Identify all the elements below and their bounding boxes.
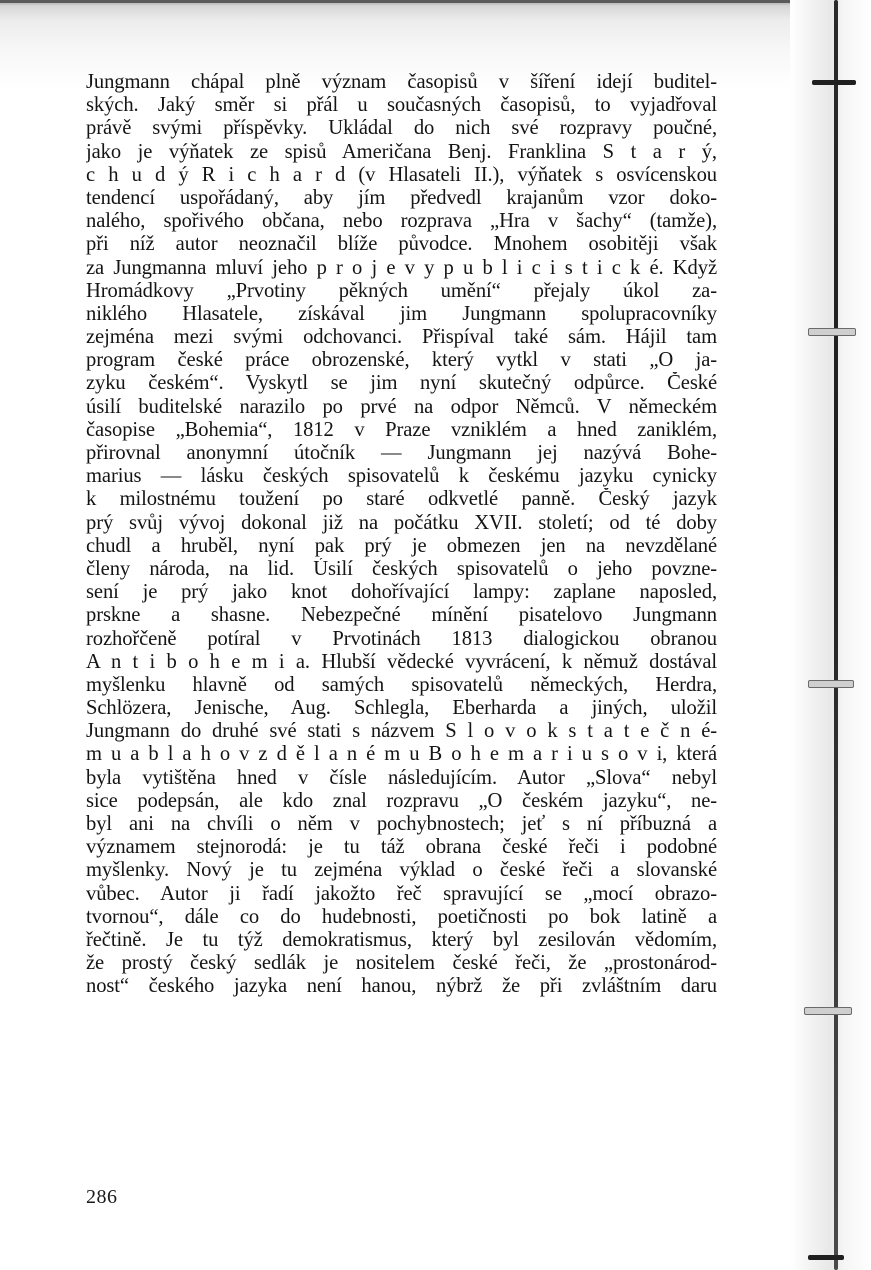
text-line: byl ani na chvíli o něm v pochybnostech;…	[86, 813, 717, 836]
text-line: prskne a shasne. Nebezpečné mínění pisat…	[86, 604, 717, 627]
text-line: rozhořčeně potíral v Prvotinách 1813 dia…	[86, 628, 717, 651]
scanned-book-page: Jungmann chápal plně význam časopisů v š…	[0, 0, 871, 1270]
text-line: nalého, spořivého občana, nebo rozprava …	[86, 210, 717, 233]
text-line: m u a b l a h o v z d ě l a n é m u B o …	[86, 743, 717, 766]
page-top-edge	[0, 0, 871, 3]
text-line: c h u d ý R i c h a r d (v Hlasateli II.…	[86, 164, 717, 187]
text-line: Jungmann do druhé své stati s názvem S l…	[86, 720, 717, 743]
text-line: významem stejnorodá: je tu táž obrana če…	[86, 836, 717, 859]
text-line: přirovnal anonymní útočník — Jungmann je…	[86, 442, 717, 465]
text-line: myšlenky. Nový je tu zejména výklad o če…	[86, 859, 717, 882]
text-line: sení je prý jako knot dohořívající lampy…	[86, 581, 717, 604]
text-line: členy národa, na lid. Úsilí českých spis…	[86, 558, 717, 581]
binding-stitch	[808, 1255, 844, 1260]
text-line: tendencí uspořádaný, aby jím předvedl kr…	[86, 187, 717, 210]
page-number: 286	[86, 1186, 118, 1209]
binding-stitch	[808, 680, 854, 688]
binding-thread	[834, 0, 838, 1270]
text-line: právě svými příspěvky. Ukládal do nich s…	[86, 117, 717, 140]
text-line: ských. Jaký směr si přál u současných ča…	[86, 94, 717, 117]
binding-gutter	[790, 0, 871, 1270]
binding-stitch	[804, 1007, 852, 1015]
text-line: že prostý český sedlák je nositelem česk…	[86, 952, 717, 975]
text-line: řečtině. Je tu týž demokratismus, který …	[86, 929, 717, 952]
binding-stitch	[808, 328, 856, 336]
text-line: niklého Hlasatele, získával jim Jungmann…	[86, 303, 717, 326]
text-line: za Jungmanna mluví jeho p r o j e v y p …	[86, 257, 717, 280]
text-line: prý svůj vývoj dokonal již na počátku XV…	[86, 512, 717, 535]
text-line: jako je výňatek ze spisů Američana Benj.…	[86, 141, 717, 164]
text-line: Jungmann chápal plně význam časopisů v š…	[86, 71, 717, 94]
body-text: Jungmann chápal plně význam časopisů v š…	[86, 71, 717, 999]
text-line: Schlözera, Jenische, Aug. Schlegla, Eber…	[86, 697, 717, 720]
text-line: při níž autor neoznačil blíže původce. M…	[86, 233, 717, 256]
text-line: k milostnému toužení po staré odkvetlé p…	[86, 488, 717, 511]
text-line: myšlenku hlavně od samých spisovatelů ně…	[86, 674, 717, 697]
text-line: tvornou“, dále co do hudebnosti, poetičn…	[86, 906, 717, 929]
binding-stitch	[812, 80, 856, 85]
text-line: chudl a hruběl, nyní pak prý je obmezen …	[86, 535, 717, 558]
text-line: Hromádkovy „Prvotiny pěkných umění“ přej…	[86, 280, 717, 303]
text-line: sice podepsán, ale kdo znal rozpravu „O …	[86, 790, 717, 813]
text-line: program české práce obrozenské, který vy…	[86, 349, 717, 372]
text-line: zyku českém“. Vyskytl se jim nyní skuteč…	[86, 372, 717, 395]
text-line: vůbec. Autor ji řadí jakožto řeč spravuj…	[86, 883, 717, 906]
text-line: časopise „Bohemia“, 1812 v Praze vzniklé…	[86, 419, 717, 442]
text-line: úsilí buditelské narazilo po prvé na odp…	[86, 396, 717, 419]
text-line: byla vytištěna hned v čísle následujícím…	[86, 767, 717, 790]
text-line: zejména mezi svými odchovanci. Přispíval…	[86, 326, 717, 349]
text-line: A n t i b o h e m i a. Hlubší vědecké vy…	[86, 651, 717, 674]
text-line: marius — lásku českých spisovatelů k čes…	[86, 465, 717, 488]
text-line: nost“ českého jazyka není hanou, nýbrž ž…	[86, 975, 717, 998]
